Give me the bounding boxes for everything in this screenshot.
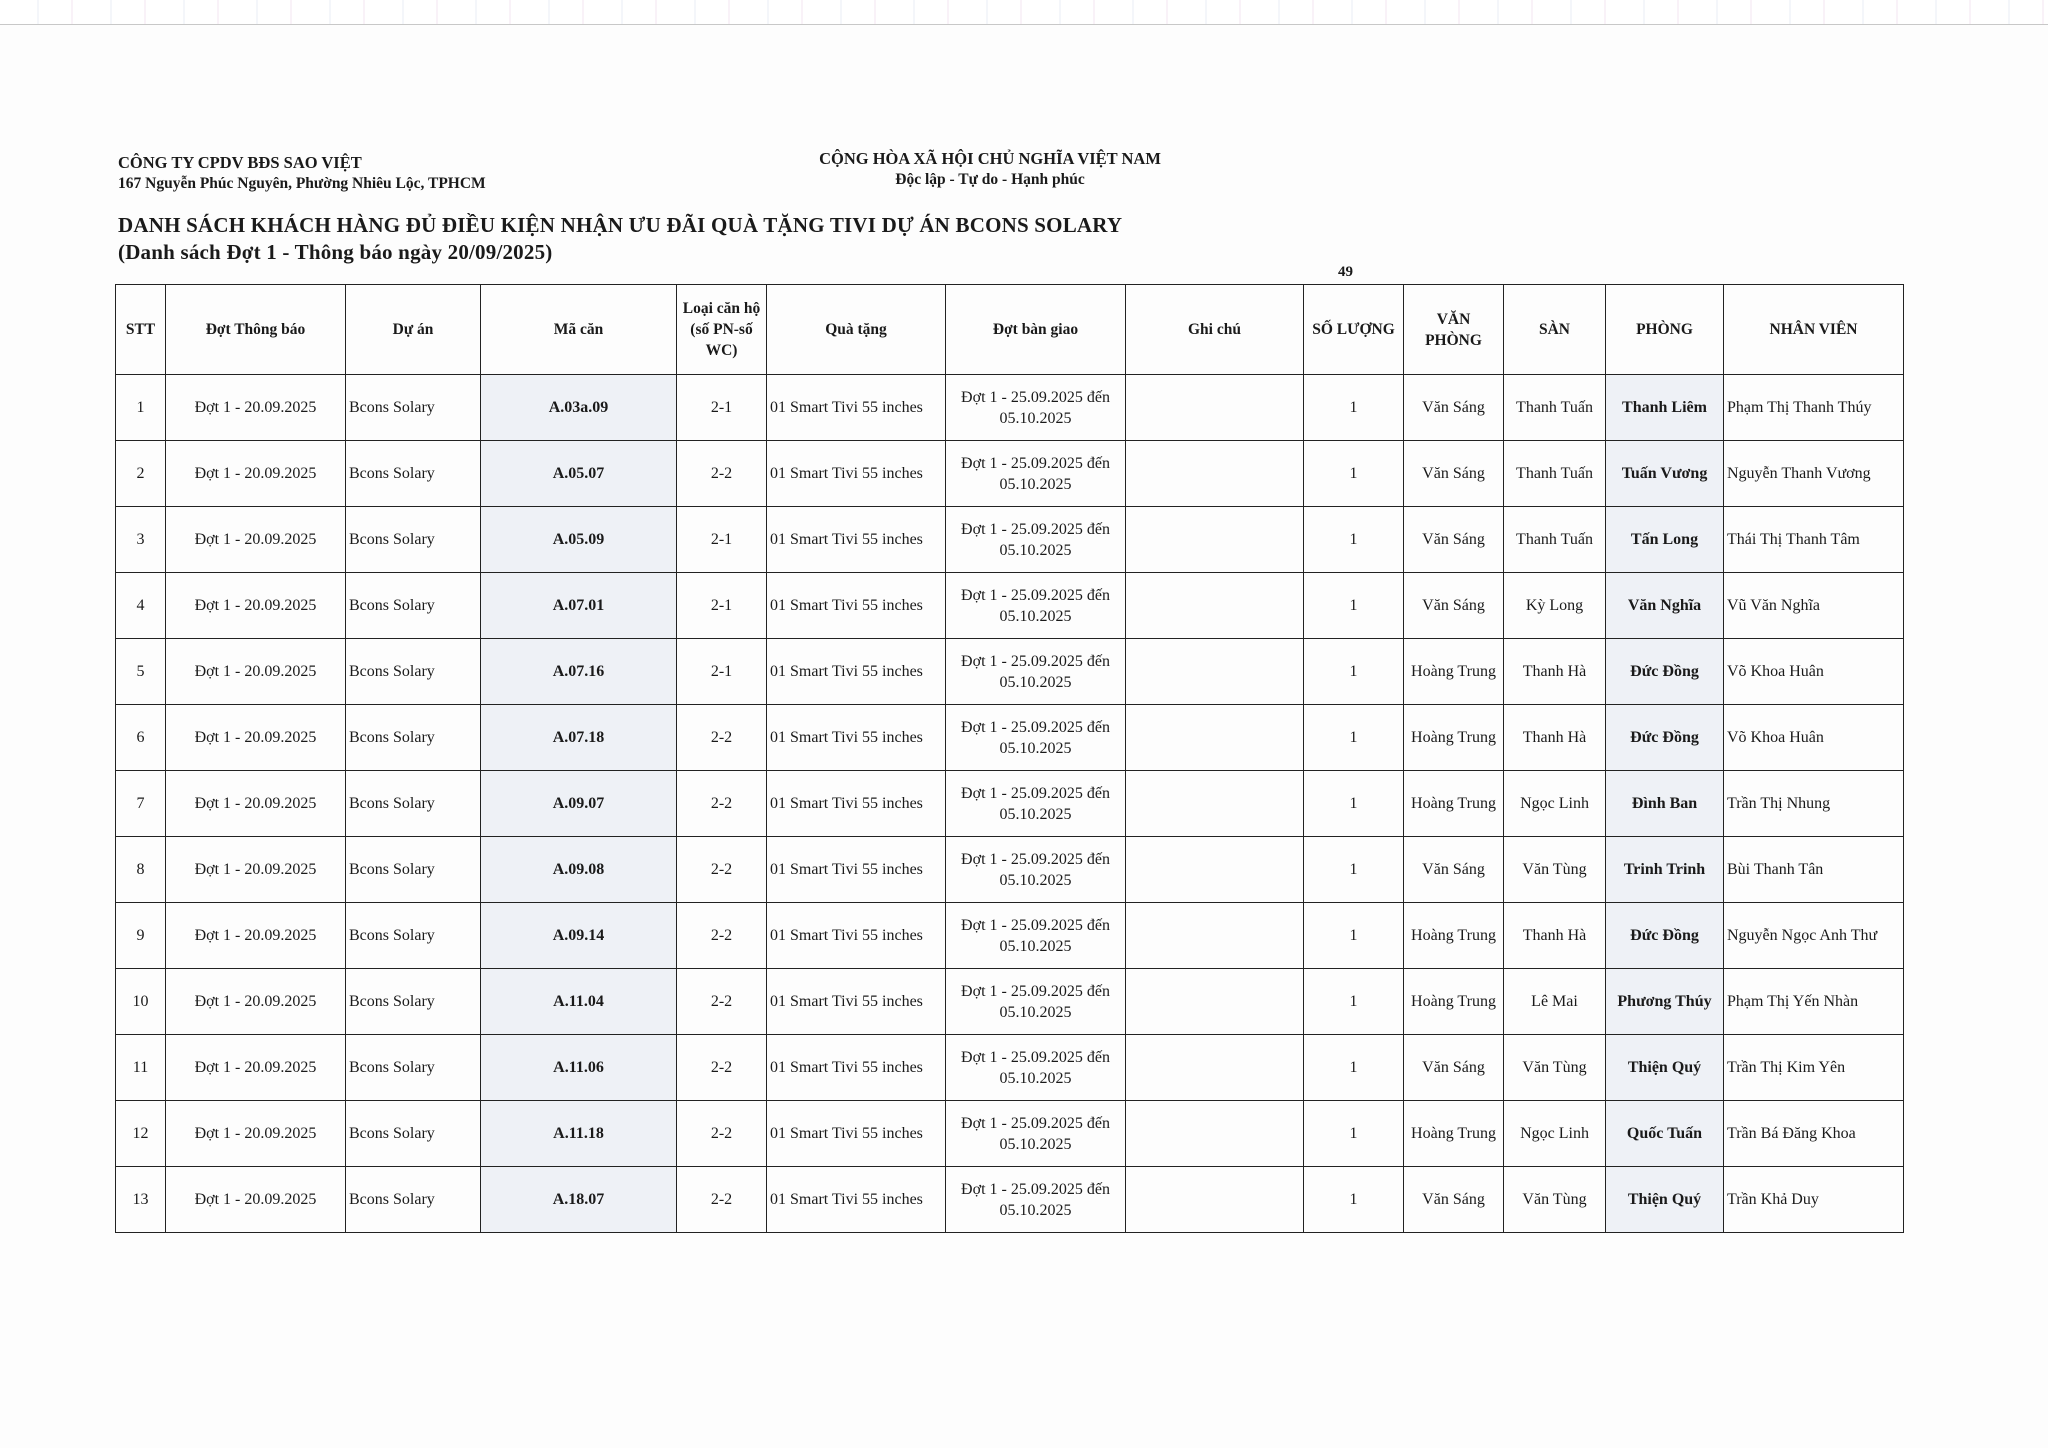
cell-van-phong: Hoàng Trung	[1404, 771, 1504, 837]
cell-ma-can: A.05.09	[481, 507, 677, 573]
cell-du-an: Bcons Solary	[346, 1035, 481, 1101]
cell-loai-can: 2-2	[677, 1101, 767, 1167]
cell-ma-can: A.07.01	[481, 573, 677, 639]
cell-san: Văn Tùng	[1504, 1035, 1606, 1101]
cell-ghi-chu	[1126, 969, 1304, 1035]
cell-stt: 9	[116, 903, 166, 969]
cell-san: Thanh Hà	[1504, 639, 1606, 705]
header-col-san: SÀN	[1504, 285, 1606, 375]
cell-qua-tang: 01 Smart Tivi 55 inches	[767, 903, 946, 969]
cell-loai-can: 2-2	[677, 1035, 767, 1101]
cell-qua-tang: 01 Smart Tivi 55 inches	[767, 639, 946, 705]
cell-dot-ban-giao: Đợt 1 - 25.09.2025 đến 05.10.2025	[946, 507, 1126, 573]
cell-ma-can: A.11.06	[481, 1035, 677, 1101]
cell-dot-thong-bao: Đợt 1 - 20.09.2025	[166, 771, 346, 837]
cell-nhan-vien: Nguyễn Ngọc Anh Thư	[1724, 903, 1904, 969]
table-row: 13Đợt 1 - 20.09.2025Bcons SolaryA.18.072…	[116, 1167, 1904, 1233]
cell-phong: Đình Ban	[1606, 771, 1724, 837]
cell-dot-thong-bao: Đợt 1 - 20.09.2025	[166, 705, 346, 771]
cell-du-an: Bcons Solary	[346, 903, 481, 969]
cell-van-phong: Văn Sáng	[1404, 837, 1504, 903]
cell-ma-can: A.18.07	[481, 1167, 677, 1233]
cell-so-luong: 1	[1304, 441, 1404, 507]
customer-list-table: STTĐợt Thông báoDự ánMã cănLoại căn hộ (…	[115, 284, 1904, 1233]
cell-so-luong: 1	[1304, 837, 1404, 903]
company-name: CÔNG TY CPDV BĐS SAO VIỆT	[118, 152, 486, 173]
cell-qua-tang: 01 Smart Tivi 55 inches	[767, 1101, 946, 1167]
cell-van-phong: Hoàng Trung	[1404, 903, 1504, 969]
cell-ghi-chu	[1126, 441, 1304, 507]
cell-nhan-vien: Vũ Văn Nghĩa	[1724, 573, 1904, 639]
cell-phong: Đức Đồng	[1606, 903, 1724, 969]
cell-van-phong: Văn Sáng	[1404, 507, 1504, 573]
cell-so-luong: 1	[1304, 639, 1404, 705]
cell-ghi-chu	[1126, 1101, 1304, 1167]
cell-du-an: Bcons Solary	[346, 837, 481, 903]
cell-stt: 4	[116, 573, 166, 639]
cell-phong: Văn Nghĩa	[1606, 573, 1724, 639]
cell-loai-can: 2-1	[677, 507, 767, 573]
cell-du-an: Bcons Solary	[346, 1167, 481, 1233]
cell-loai-can: 2-2	[677, 903, 767, 969]
cell-so-luong: 1	[1304, 1167, 1404, 1233]
cell-dot-thong-bao: Đợt 1 - 20.09.2025	[166, 573, 346, 639]
table-row: 4Đợt 1 - 20.09.2025Bcons SolaryA.07.012-…	[116, 573, 1904, 639]
cell-qua-tang: 01 Smart Tivi 55 inches	[767, 771, 946, 837]
cell-stt: 5	[116, 639, 166, 705]
table-row: 2Đợt 1 - 20.09.2025Bcons SolaryA.05.072-…	[116, 441, 1904, 507]
cell-stt: 6	[116, 705, 166, 771]
cell-san: Kỳ Long	[1504, 573, 1606, 639]
cell-phong: Thiện Quý	[1606, 1167, 1724, 1233]
cell-san: Ngọc Linh	[1504, 771, 1606, 837]
cell-van-phong: Văn Sáng	[1404, 375, 1504, 441]
cell-dot-ban-giao: Đợt 1 - 25.09.2025 đến 05.10.2025	[946, 441, 1126, 507]
cell-stt: 2	[116, 441, 166, 507]
cell-san: Văn Tùng	[1504, 1167, 1606, 1233]
cell-van-phong: Văn Sáng	[1404, 1167, 1504, 1233]
cell-du-an: Bcons Solary	[346, 771, 481, 837]
table-row: 11Đợt 1 - 20.09.2025Bcons SolaryA.11.062…	[116, 1035, 1904, 1101]
cell-dot-ban-giao: Đợt 1 - 25.09.2025 đến 05.10.2025	[946, 1101, 1126, 1167]
nation-motto: Độc lập - Tự do - Hạnh phúc	[760, 169, 1220, 190]
header-col-dot-thong-bao: Đợt Thông báo	[166, 285, 346, 375]
cell-san: Ngọc Linh	[1504, 1101, 1606, 1167]
table-row: 5Đợt 1 - 20.09.2025Bcons SolaryA.07.162-…	[116, 639, 1904, 705]
table-row: 1Đợt 1 - 20.09.2025Bcons SolaryA.03a.092…	[116, 375, 1904, 441]
table-row: 9Đợt 1 - 20.09.2025Bcons SolaryA.09.142-…	[116, 903, 1904, 969]
cell-dot-ban-giao: Đợt 1 - 25.09.2025 đến 05.10.2025	[946, 903, 1126, 969]
cell-qua-tang: 01 Smart Tivi 55 inches	[767, 837, 946, 903]
cell-stt: 8	[116, 837, 166, 903]
cell-nhan-vien: Trần Thị Nhung	[1724, 771, 1904, 837]
cell-van-phong: Hoàng Trung	[1404, 969, 1504, 1035]
cell-ghi-chu	[1126, 1167, 1304, 1233]
cell-san: Văn Tùng	[1504, 837, 1606, 903]
cell-van-phong: Hoàng Trung	[1404, 705, 1504, 771]
cell-dot-thong-bao: Đợt 1 - 20.09.2025	[166, 1167, 346, 1233]
cell-ghi-chu	[1126, 507, 1304, 573]
cell-ghi-chu	[1126, 573, 1304, 639]
cell-phong: Trinh Trinh	[1606, 837, 1724, 903]
cell-stt: 10	[116, 969, 166, 1035]
header-col-dot-ban-giao: Đợt bàn giao	[946, 285, 1126, 375]
cell-san: Thanh Tuấn	[1504, 375, 1606, 441]
cell-so-luong: 1	[1304, 1035, 1404, 1101]
header-col-nhan-vien: NHÂN VIÊN	[1724, 285, 1904, 375]
cell-loai-can: 2-2	[677, 1167, 767, 1233]
table-row: 12Đợt 1 - 20.09.2025Bcons SolaryA.11.182…	[116, 1101, 1904, 1167]
cell-ghi-chu	[1126, 705, 1304, 771]
cell-du-an: Bcons Solary	[346, 705, 481, 771]
header-col-ma-can: Mã căn	[481, 285, 677, 375]
table-header-row: STTĐợt Thông báoDự ánMã cănLoại căn hộ (…	[116, 285, 1904, 375]
table-row: 3Đợt 1 - 20.09.2025Bcons SolaryA.05.092-…	[116, 507, 1904, 573]
cell-loai-can: 2-1	[677, 573, 767, 639]
cell-phong: Quốc Tuấn	[1606, 1101, 1724, 1167]
header-col-ghi-chu: Ghi chú	[1126, 285, 1304, 375]
cell-qua-tang: 01 Smart Tivi 55 inches	[767, 507, 946, 573]
cell-san: Lê Mai	[1504, 969, 1606, 1035]
cell-du-an: Bcons Solary	[346, 375, 481, 441]
cell-ghi-chu	[1126, 837, 1304, 903]
cell-so-luong: 1	[1304, 573, 1404, 639]
cell-ma-can: A.07.18	[481, 705, 677, 771]
cell-ma-can: A.09.14	[481, 903, 677, 969]
cell-so-luong: 1	[1304, 1101, 1404, 1167]
cell-dot-ban-giao: Đợt 1 - 25.09.2025 đến 05.10.2025	[946, 1167, 1126, 1233]
cell-qua-tang: 01 Smart Tivi 55 inches	[767, 375, 946, 441]
cell-loai-can: 2-2	[677, 771, 767, 837]
cell-dot-thong-bao: Đợt 1 - 20.09.2025	[166, 639, 346, 705]
cell-van-phong: Hoàng Trung	[1404, 639, 1504, 705]
cell-san: Thanh Tuấn	[1504, 441, 1606, 507]
company-address: 167 Nguyễn Phúc Nguyên, Phường Nhiêu Lộc…	[118, 173, 486, 194]
cell-phong: Tấn Long	[1606, 507, 1724, 573]
cell-ma-can: A.11.18	[481, 1101, 677, 1167]
cell-dot-thong-bao: Đợt 1 - 20.09.2025	[166, 1101, 346, 1167]
cell-qua-tang: 01 Smart Tivi 55 inches	[767, 573, 946, 639]
cell-dot-ban-giao: Đợt 1 - 25.09.2025 đến 05.10.2025	[946, 771, 1126, 837]
company-block: CÔNG TY CPDV BĐS SAO VIỆT 167 Nguyễn Phú…	[118, 152, 486, 194]
cell-dot-thong-bao: Đợt 1 - 20.09.2025	[166, 507, 346, 573]
cell-dot-thong-bao: Đợt 1 - 20.09.2025	[166, 837, 346, 903]
scan-edge-artifact	[0, 0, 2048, 25]
cell-dot-thong-bao: Đợt 1 - 20.09.2025	[166, 375, 346, 441]
document-subtitle: (Danh sách Đợt 1 - Thông báo ngày 20/09/…	[118, 239, 1122, 266]
cell-du-an: Bcons Solary	[346, 441, 481, 507]
cell-nhan-vien: Võ Khoa Huân	[1724, 639, 1904, 705]
cell-phong: Thanh Liêm	[1606, 375, 1724, 441]
cell-loai-can: 2-1	[677, 375, 767, 441]
header-col-phong: PHÒNG	[1606, 285, 1724, 375]
cell-dot-thong-bao: Đợt 1 - 20.09.2025	[166, 441, 346, 507]
cell-phong: Đức Đồng	[1606, 705, 1724, 771]
cell-dot-ban-giao: Đợt 1 - 25.09.2025 đến 05.10.2025	[946, 705, 1126, 771]
cell-stt: 13	[116, 1167, 166, 1233]
cell-loai-can: 2-1	[677, 639, 767, 705]
cell-san: Thanh Tuấn	[1504, 507, 1606, 573]
cell-van-phong: Hoàng Trung	[1404, 1101, 1504, 1167]
cell-dot-thong-bao: Đợt 1 - 20.09.2025	[166, 969, 346, 1035]
table-body: 1Đợt 1 - 20.09.2025Bcons SolaryA.03a.092…	[116, 375, 1904, 1233]
document-title: DANH SÁCH KHÁCH HÀNG ĐỦ ĐIỀU KIỆN NHẬN Ư…	[118, 212, 1122, 239]
cell-van-phong: Văn Sáng	[1404, 441, 1504, 507]
cell-van-phong: Văn Sáng	[1404, 1035, 1504, 1101]
cell-van-phong: Văn Sáng	[1404, 573, 1504, 639]
cell-dot-ban-giao: Đợt 1 - 25.09.2025 đến 05.10.2025	[946, 1035, 1126, 1101]
cell-ma-can: A.09.07	[481, 771, 677, 837]
cell-so-luong: 1	[1304, 903, 1404, 969]
cell-phong: Đức Đồng	[1606, 639, 1724, 705]
cell-stt: 7	[116, 771, 166, 837]
table-row: 7Đợt 1 - 20.09.2025Bcons SolaryA.09.072-…	[116, 771, 1904, 837]
cell-so-luong: 1	[1304, 705, 1404, 771]
cell-stt: 3	[116, 507, 166, 573]
cell-nhan-vien: Phạm Thị Yến Nhàn	[1724, 969, 1904, 1035]
cell-nhan-vien: Trần Khả Duy	[1724, 1167, 1904, 1233]
cell-qua-tang: 01 Smart Tivi 55 inches	[767, 705, 946, 771]
cell-so-luong: 1	[1304, 375, 1404, 441]
cell-san: Thanh Hà	[1504, 705, 1606, 771]
cell-nhan-vien: Võ Khoa Huân	[1724, 705, 1904, 771]
document-title-block: DANH SÁCH KHÁCH HÀNG ĐỦ ĐIỀU KIỆN NHẬN Ư…	[118, 212, 1122, 266]
table-row: 10Đợt 1 - 20.09.2025Bcons SolaryA.11.042…	[116, 969, 1904, 1035]
cell-stt: 1	[116, 375, 166, 441]
cell-nhan-vien: Trần Thị Kim Yên	[1724, 1035, 1904, 1101]
header-col-van-phong: VĂN PHÒNG	[1404, 285, 1504, 375]
cell-dot-thong-bao: Đợt 1 - 20.09.2025	[166, 1035, 346, 1101]
cell-stt: 11	[116, 1035, 166, 1101]
cell-loai-can: 2-2	[677, 705, 767, 771]
cell-du-an: Bcons Solary	[346, 507, 481, 573]
cell-ma-can: A.05.07	[481, 441, 677, 507]
cell-du-an: Bcons Solary	[346, 969, 481, 1035]
cell-loai-can: 2-2	[677, 441, 767, 507]
nation-name: CỘNG HÒA XÃ HỘI CHỦ NGHĨA VIỆT NAM	[760, 148, 1220, 169]
cell-ma-can: A.07.16	[481, 639, 677, 705]
cell-dot-ban-giao: Đợt 1 - 25.09.2025 đến 05.10.2025	[946, 573, 1126, 639]
header-col-qua-tang: Quà tặng	[767, 285, 946, 375]
cell-qua-tang: 01 Smart Tivi 55 inches	[767, 1167, 946, 1233]
cell-dot-ban-giao: Đợt 1 - 25.09.2025 đến 05.10.2025	[946, 969, 1126, 1035]
cell-du-an: Bcons Solary	[346, 1101, 481, 1167]
cell-dot-ban-giao: Đợt 1 - 25.09.2025 đến 05.10.2025	[946, 639, 1126, 705]
cell-ma-can: A.03a.09	[481, 375, 677, 441]
header-col-du-an: Dự án	[346, 285, 481, 375]
cell-nhan-vien: Thái Thị Thanh Tâm	[1724, 507, 1904, 573]
cell-nhan-vien: Nguyễn Thanh Vương	[1724, 441, 1904, 507]
cell-qua-tang: 01 Smart Tivi 55 inches	[767, 969, 946, 1035]
cell-stt: 12	[116, 1101, 166, 1167]
cell-phong: Thiện Quý	[1606, 1035, 1724, 1101]
cell-loai-can: 2-2	[677, 837, 767, 903]
cell-dot-ban-giao: Đợt 1 - 25.09.2025 đến 05.10.2025	[946, 375, 1126, 441]
table-row: 6Đợt 1 - 20.09.2025Bcons SolaryA.07.182-…	[116, 705, 1904, 771]
cell-dot-thong-bao: Đợt 1 - 20.09.2025	[166, 903, 346, 969]
cell-nhan-vien: Bùi Thanh Tân	[1724, 837, 1904, 903]
cell-ma-can: A.11.04	[481, 969, 677, 1035]
national-header: CỘNG HÒA XÃ HỘI CHỦ NGHĨA VIỆT NAM Độc l…	[760, 148, 1220, 190]
header-col-stt: STT	[116, 285, 166, 375]
cell-ma-can: A.09.08	[481, 837, 677, 903]
header-col-so-luong: SỐ LƯỢNG	[1304, 285, 1404, 375]
cell-nhan-vien: Trần Bá Đăng Khoa	[1724, 1101, 1904, 1167]
cell-ghi-chu	[1126, 375, 1304, 441]
cell-loai-can: 2-2	[677, 969, 767, 1035]
cell-so-luong: 1	[1304, 969, 1404, 1035]
cell-phong: Phương Thúy	[1606, 969, 1724, 1035]
cell-nhan-vien: Phạm Thị Thanh Thúy	[1724, 375, 1904, 441]
cell-so-luong: 1	[1304, 771, 1404, 837]
cell-dot-ban-giao: Đợt 1 - 25.09.2025 đến 05.10.2025	[946, 837, 1126, 903]
cell-qua-tang: 01 Smart Tivi 55 inches	[767, 1035, 946, 1101]
cell-ghi-chu	[1126, 903, 1304, 969]
cell-qua-tang: 01 Smart Tivi 55 inches	[767, 441, 946, 507]
cell-so-luong: 1	[1304, 507, 1404, 573]
table-row: 8Đợt 1 - 20.09.2025Bcons SolaryA.09.082-…	[116, 837, 1904, 903]
cell-ghi-chu	[1126, 771, 1304, 837]
cell-du-an: Bcons Solary	[346, 573, 481, 639]
cell-ghi-chu	[1126, 1035, 1304, 1101]
page-number: 49	[1338, 264, 1353, 281]
header-col-loai-can: Loại căn hộ (số PN-số WC)	[677, 285, 767, 375]
cell-du-an: Bcons Solary	[346, 639, 481, 705]
cell-ghi-chu	[1126, 639, 1304, 705]
cell-san: Thanh Hà	[1504, 903, 1606, 969]
cell-phong: Tuấn Vương	[1606, 441, 1724, 507]
